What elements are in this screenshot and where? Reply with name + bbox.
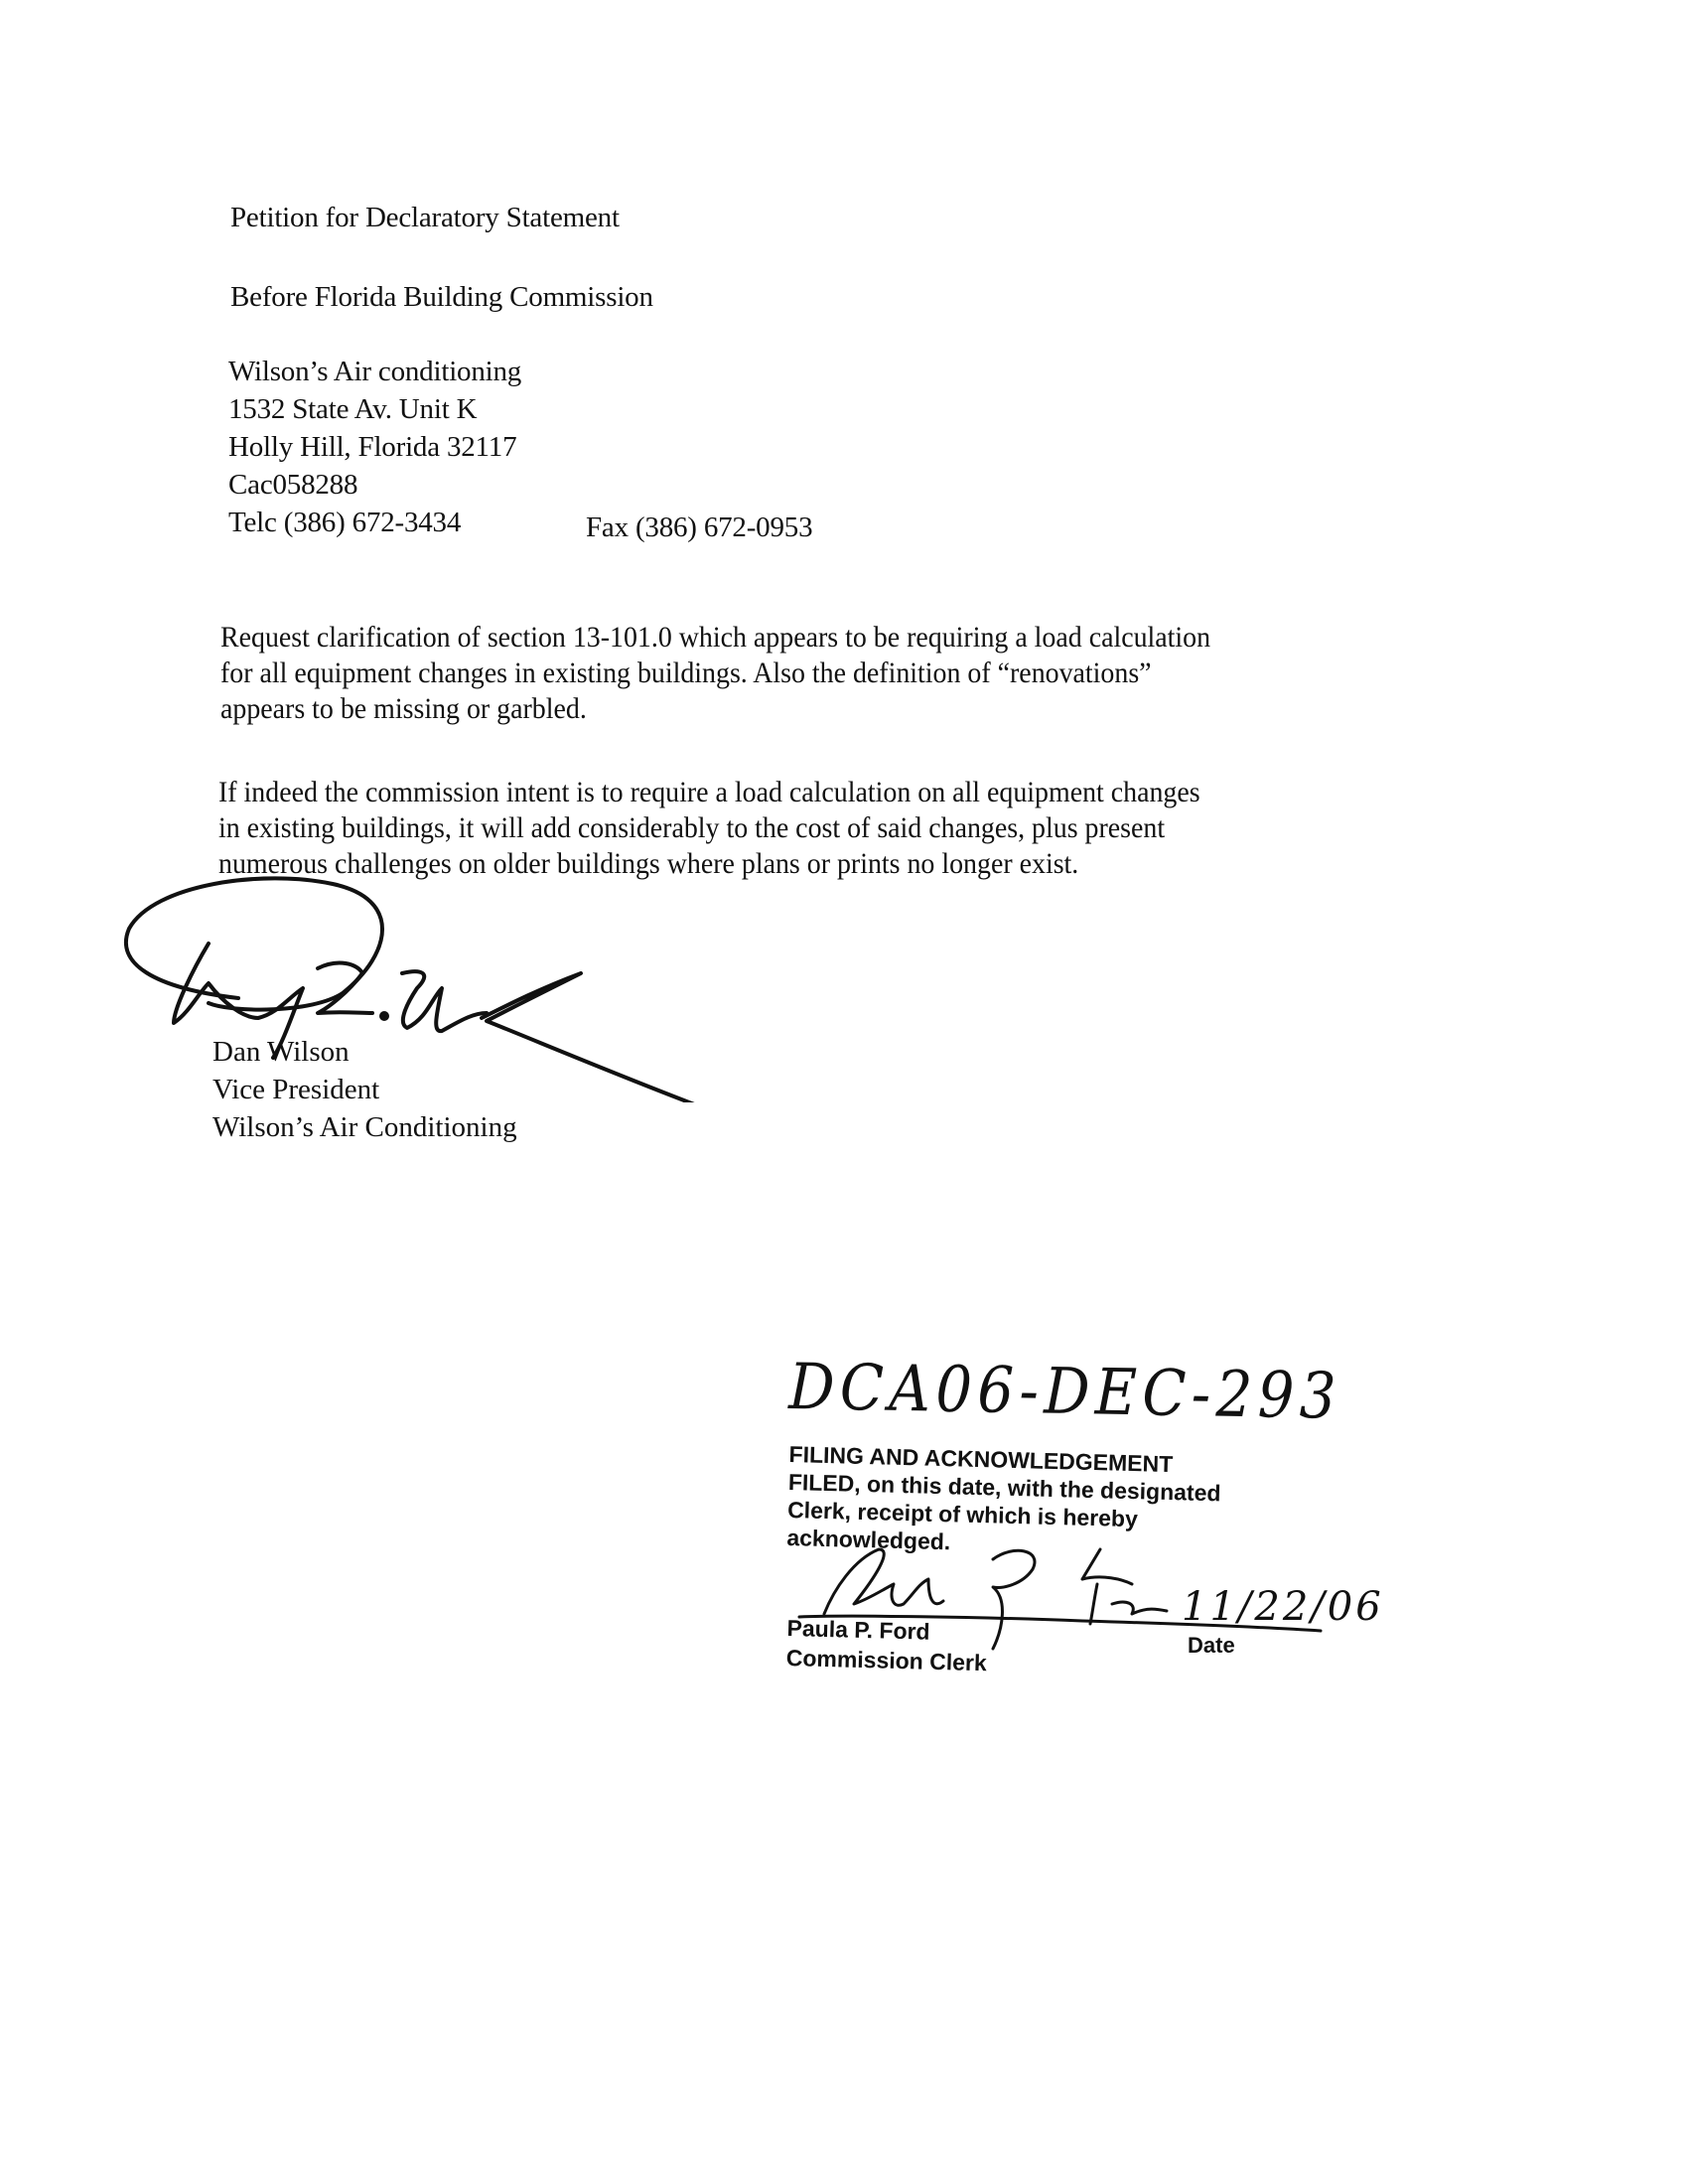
clerk-title: Commission Clerk	[785, 1643, 987, 1677]
document-title: Petition for Declaratory Statement	[230, 199, 620, 236]
signer-block: Dan Wilson Vice President Wilson’s Air C…	[212, 1033, 517, 1146]
body-paragraph-1: Request clarification of section 13-101.…	[220, 620, 1210, 727]
signer-title: Vice President	[212, 1071, 517, 1108]
filing-date-handwritten: 11/22/06	[1182, 1584, 1384, 1630]
body-paragraph-2: If indeed the commission intent is to re…	[218, 775, 1200, 882]
paragraph-line: Request clarification of section 13-101.…	[220, 620, 1210, 655]
sender-company: Wilson’s Air conditioning	[228, 353, 521, 390]
clerk-block: Paula P. Ford Commission Clerk	[785, 1613, 987, 1677]
paragraph-line: in existing buildings, it will add consi…	[218, 810, 1200, 846]
sender-address-block: Wilson’s Air conditioning 1532 State Av.…	[228, 353, 521, 541]
sender-phone: Telc (386) 672-3434	[228, 504, 521, 541]
docket-number-handwritten: DCA06-DEC-293	[788, 1351, 1342, 1434]
sender-license: Cac058288	[228, 466, 521, 504]
paragraph-line: for all equipment changes in existing bu…	[220, 655, 1210, 691]
signer-company: Wilson’s Air Conditioning	[212, 1108, 517, 1146]
sender-address-line2: Holly Hill, Florida 32117	[228, 428, 521, 466]
signer-name: Dan Wilson	[212, 1033, 517, 1071]
document-subtitle: Before Florida Building Commission	[230, 278, 653, 316]
sender-address-line1: 1532 State Av. Unit K	[228, 390, 521, 428]
sender-fax: Fax (386) 672-0953	[586, 509, 812, 546]
date-label: Date	[1188, 1633, 1235, 1659]
paragraph-line: If indeed the commission intent is to re…	[218, 775, 1200, 810]
paragraph-line: appears to be missing or garbled.	[220, 691, 1210, 727]
